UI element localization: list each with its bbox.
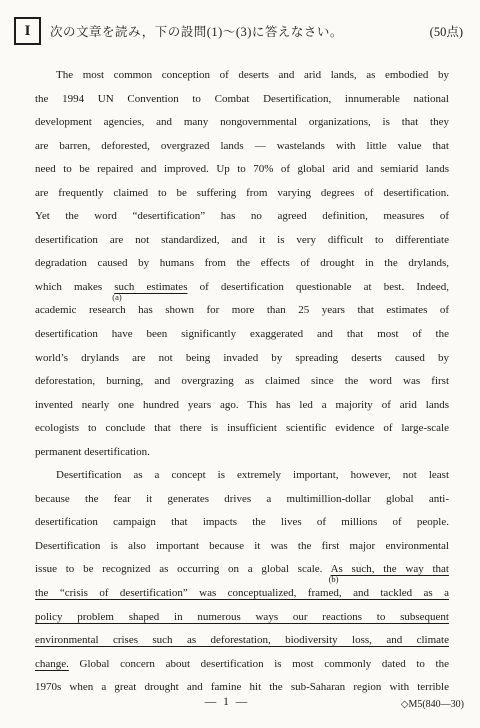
underline-label: (a) [112, 293, 121, 302]
passage-text: of desertification questionable at best.… [187, 281, 449, 293]
exam-page: I 次の文章を読み，下の設問(1)～(3)に答えなさい。 (50点) The m… [0, 0, 480, 728]
passage-line: The most common conception of deserts an… [35, 64, 449, 88]
passage-text: which makes [35, 281, 114, 293]
underlined-phrase: such estimates(a) [114, 281, 187, 293]
passage-line: which makes such estimates(a) of deserti… [35, 276, 449, 300]
passage-line: Yet the word “desertification” has no ag… [35, 205, 449, 229]
passage-line: environmental crises such as deforestati… [35, 629, 449, 653]
passage-text: ecologists to conclude that there is ins… [35, 422, 449, 434]
passage-text: are frequently claimed to be suffering f… [35, 187, 449, 199]
passage-text: world’s drylands are not being invaded b… [35, 352, 449, 364]
points-label: (50点) [430, 22, 463, 40]
passage-text: development agencies, and many nongovern… [35, 116, 449, 128]
section-number: I [25, 23, 31, 40]
passage-text: permanent desertification. [35, 446, 150, 458]
passage-text: Global concern about desertification is … [69, 658, 449, 670]
passage-line: because the fear it generates drives a m… [35, 488, 449, 512]
passage-line: development agencies, and many nongovern… [35, 111, 449, 135]
passage-line: invented nearly one hundred years ago. T… [35, 394, 449, 418]
passage-text: desertification are not standardized, an… [35, 234, 449, 246]
passage-line: deforestation, burning, and overgrazing … [35, 370, 449, 394]
passage-line: degradation caused by humans from the ef… [35, 252, 449, 276]
underline-label: (b) [329, 575, 339, 584]
passage-line: ecologists to conclude that there is ins… [35, 417, 449, 441]
passage-text: are barren, deforested, overgrazed lands… [35, 140, 449, 152]
passage-text: issue to be recognized as occurring on a… [35, 563, 331, 575]
passage-line: desertification campaign that impacts th… [35, 511, 449, 535]
passage-line: need to be repaired and improved. Up to … [35, 158, 449, 182]
page-number: — 1 — [0, 696, 454, 708]
passage-text: degradation caused by humans from the ef… [35, 257, 449, 269]
passage-line: policy problem shaped in numerous ways o… [35, 606, 449, 630]
underlined-phrase: change. [35, 658, 69, 670]
document-code: ◇M5(840—30) [401, 699, 464, 710]
passage-text: Desertification as a concept is extremel… [56, 469, 449, 481]
passage-line: the 1994 UN Convention to Combat Deserti… [35, 88, 449, 112]
passage-text: deforestation, burning, and overgrazing … [35, 375, 449, 387]
instruction-text: 次の文章を読み，下の設問(1)～(3)に答えなさい。 [50, 22, 343, 40]
passage-text: 1970s when a great drought and famine hi… [35, 681, 449, 693]
passage-line: desertification are not standardized, an… [35, 229, 449, 253]
passage-line: academic research has shown for more tha… [35, 299, 449, 323]
underlined-phrase: policy problem shaped in numerous ways o… [35, 611, 449, 623]
passage-line: issue to be recognized as occurring on a… [35, 558, 449, 582]
passage-line: permanent desertification. [35, 441, 449, 465]
passage-line: Desertification as a concept is extremel… [35, 464, 449, 488]
passage-line: are barren, deforested, overgrazed lands… [35, 135, 449, 159]
passage: The most common conception of deserts an… [35, 64, 449, 700]
passage-text: Desertification is also important becaus… [35, 540, 449, 552]
passage-line: change. Global concern about desertifica… [35, 653, 449, 677]
passage-text: invented nearly one hundred years ago. T… [35, 399, 449, 411]
underlined-phrase: As such, the way that(b) [331, 563, 449, 575]
underlined-phrase: the “crisis of desertification” was conc… [35, 587, 449, 599]
passage-text: need to be repaired and improved. Up to … [35, 163, 449, 175]
passage-line: desertification have been significantly … [35, 323, 449, 347]
passage-text: desertification have been significantly … [35, 328, 449, 340]
question-number-box: I [14, 17, 41, 45]
passage-line: Desertification is also important becaus… [35, 535, 449, 559]
passage-text: Yet the word “desertification” has no ag… [35, 210, 449, 222]
passage-line: are frequently claimed to be suffering f… [35, 182, 449, 206]
passage-text: academic research has shown for more tha… [35, 304, 449, 316]
passage-text: desertification campaign that impacts th… [35, 516, 449, 528]
passage-text: The most common conception of deserts an… [56, 69, 449, 81]
passage-line: the “crisis of desertification” was conc… [35, 582, 449, 606]
passage-line: world’s drylands are not being invaded b… [35, 347, 449, 371]
underlined-phrase: environmental crises such as deforestati… [35, 634, 449, 646]
passage-text: because the fear it generates drives a m… [35, 493, 449, 505]
passage-text: the 1994 UN Convention to Combat Deserti… [35, 93, 449, 105]
